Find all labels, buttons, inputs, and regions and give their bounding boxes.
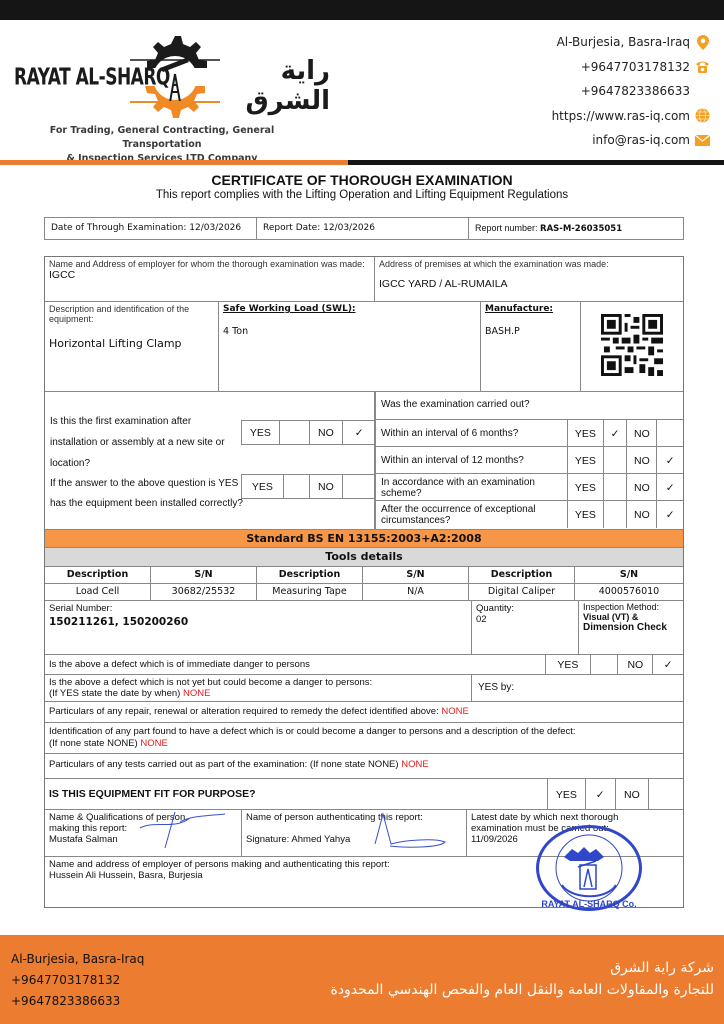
first-exam-yes-check[interactable] bbox=[280, 421, 310, 444]
yes-by-label: YES by: bbox=[478, 682, 514, 693]
repair-row: Particulars of any repair, renewal or al… bbox=[45, 702, 683, 723]
future-danger-value: NONE bbox=[183, 688, 210, 699]
installed-correctly-yes-check[interactable] bbox=[284, 475, 310, 498]
swl-label: Safe Working Load (SWL): bbox=[223, 304, 476, 314]
phone-icon bbox=[695, 59, 710, 74]
tools-data-cell: Digital Caliper bbox=[469, 584, 575, 601]
tools-data-cell: 30682/25532 bbox=[151, 584, 257, 601]
fit-for-purpose-question: IS THIS EQUIPMENT FIT FOR PURPOSE? bbox=[49, 788, 256, 800]
stamp-emblem-icon: RAYAT AL-SHARQ Co. bbox=[536, 825, 642, 911]
manufacture-value: BASH.P bbox=[485, 326, 576, 337]
contact-address: Al-Burjesia, Basra-Iraq bbox=[552, 30, 710, 55]
interval-yes[interactable]: YES bbox=[568, 447, 604, 474]
report-number-cell: Report number: RAS-M-26035051 bbox=[469, 218, 683, 239]
manufacture-label: Manufacture: bbox=[485, 304, 576, 314]
tools-data-cell: Load Cell bbox=[45, 584, 151, 601]
tools-header-cell: S/N bbox=[363, 567, 469, 584]
globe-icon bbox=[695, 108, 710, 123]
envelope-icon bbox=[695, 133, 710, 148]
quantity-value: 02 bbox=[476, 614, 574, 625]
future-danger-question: Is the above a defect which is not yet b… bbox=[49, 677, 467, 688]
standard-banner: Standard BS EN 13155:2003+A2:2008 bbox=[45, 529, 683, 548]
inspection-method-cell: Inspection Method: Visual (VT) & Dimensi… bbox=[579, 601, 683, 655]
tests-value: NONE bbox=[401, 759, 428, 770]
contact-phone-1: +9647703178132 bbox=[552, 55, 710, 80]
immediate-danger-yes[interactable]: YES bbox=[546, 655, 591, 675]
contact-list: Al-Burjesia, Basra-Iraq +9647703178132 +… bbox=[552, 30, 710, 153]
part-defect-question: Identification of any part found to have… bbox=[49, 726, 679, 738]
footer-phone-2[interactable]: +9647823386633 bbox=[11, 991, 144, 1012]
interval-no[interactable]: NO bbox=[627, 474, 657, 501]
top-black-bar bbox=[0, 0, 724, 20]
svg-text:RAYAT AL-SHARQ Co.: RAYAT AL-SHARQ Co. bbox=[541, 899, 636, 909]
equipment-label: Description and identification of the eq… bbox=[49, 304, 214, 324]
interval-yes-check[interactable] bbox=[604, 447, 628, 474]
divider-black bbox=[348, 160, 724, 165]
tools-header-cell: S/N bbox=[151, 567, 257, 584]
next-exam-label-1: Latest date by which next thorough bbox=[471, 812, 679, 823]
manufacture-cell: Manufacture: BASH.P bbox=[481, 302, 581, 392]
report-date-label: Report Date: bbox=[263, 223, 320, 233]
letterhead: RAYAT AL-SHARQ راية الشرق For Trading, G… bbox=[0, 20, 724, 162]
interval-answer-group: YESNO✓ bbox=[567, 474, 683, 501]
exam-date-value: 12/03/2026 bbox=[189, 223, 241, 233]
part-defect-hint: (If none state NONE) bbox=[49, 738, 138, 749]
company-logo: RAYAT AL-SHARQ راية الشرق bbox=[10, 26, 330, 126]
interval-yes-check[interactable] bbox=[604, 474, 628, 501]
tools-header-cell: Description bbox=[45, 567, 151, 584]
first-exam-no-check[interactable]: ✓ bbox=[343, 421, 375, 444]
immediate-danger-yes-check[interactable] bbox=[591, 655, 619, 675]
footer-phone-1[interactable]: +9647703178132 bbox=[11, 970, 144, 991]
certificate-title: CERTIFICATE OF THOROUGH EXAMINATION bbox=[0, 172, 724, 188]
examination-form: Name and Address of employer for whom th… bbox=[44, 256, 684, 908]
letterhead-footer: Al-Burjesia, Basra-Iraq +9647703178132 +… bbox=[0, 935, 724, 1024]
report-number-value: RAS-M-26035051 bbox=[540, 224, 622, 234]
report-number-label: Report number: bbox=[475, 223, 538, 233]
repair-value: NONE bbox=[441, 706, 468, 717]
tests-row: Particulars of any tests carried out as … bbox=[45, 754, 683, 779]
interval-row: In accordance with an examination scheme… bbox=[375, 474, 683, 501]
part-defect-value: NONE bbox=[140, 738, 167, 749]
interval-yes[interactable]: YES bbox=[568, 420, 604, 447]
footer-arabic-line-2: للتجارة والمقاولات العامة والنقل العام و… bbox=[330, 979, 714, 1001]
serial-number-cell: Serial Number: 150211261, 150200260 bbox=[45, 601, 472, 655]
immediate-danger-no[interactable]: NO bbox=[618, 655, 653, 675]
interval-yes[interactable]: YES bbox=[568, 474, 604, 501]
tools-header-cell: S/N bbox=[575, 567, 683, 584]
interval-no[interactable]: NO bbox=[627, 447, 657, 474]
tools-data-cell: Measuring Tape bbox=[257, 584, 363, 601]
footer-arabic-line-1: شركة راية الشرق bbox=[330, 957, 714, 979]
interval-answer-group: YES✓NO bbox=[567, 420, 683, 447]
tools-title: Tools details bbox=[45, 548, 683, 567]
yes-by-cell: YES by: bbox=[472, 675, 683, 702]
tools-header-cell: Description bbox=[257, 567, 363, 584]
installed-correctly-no-check[interactable] bbox=[343, 475, 375, 498]
report-info-row: Date of Through Examination: 12/03/2026 … bbox=[44, 217, 684, 240]
quantity-label: Quantity: bbox=[476, 603, 574, 614]
installed-correctly-yes[interactable]: YES bbox=[242, 475, 284, 498]
interval-question: After the occurrence of exceptional circ… bbox=[381, 501, 561, 528]
employer-label: Name and Address of employer for whom th… bbox=[49, 259, 370, 269]
divider-orange bbox=[0, 160, 348, 165]
interval-question: Within an interval of 6 months? bbox=[381, 420, 561, 447]
serial-number-label: Serial Number: bbox=[49, 603, 467, 614]
contact-phone-2: +9647823386633 bbox=[552, 79, 710, 104]
contact-phone-1-text[interactable]: +9647703178132 bbox=[581, 60, 690, 74]
interval-yes-check[interactable] bbox=[604, 501, 628, 528]
first-exam-yes[interactable]: YES bbox=[242, 421, 280, 444]
tools-header-cell: Description bbox=[469, 567, 575, 584]
future-danger-cell: Is the above a defect which is not yet b… bbox=[45, 675, 472, 702]
interval-no[interactable]: NO bbox=[627, 501, 657, 528]
installed-correctly-answer-group: YES NO bbox=[241, 474, 375, 499]
interval-row: After the occurrence of exceptional circ… bbox=[375, 501, 683, 528]
contact-phone-2-text[interactable]: +9647823386633 bbox=[581, 84, 690, 98]
exam-date-label: Date of Through Examination: bbox=[51, 223, 186, 233]
swl-value: 4 Ton bbox=[223, 326, 476, 337]
certificate-subtitle: This report complies with the Lifting Op… bbox=[0, 189, 724, 201]
interval-answer-group: YESNO✓ bbox=[567, 501, 683, 528]
premises-value: IGCC YARD / AL-RUMAILA bbox=[379, 278, 679, 290]
employer-cell: Name and Address of employer for whom th… bbox=[45, 257, 375, 302]
installed-correctly-no[interactable]: NO bbox=[310, 475, 344, 498]
interval-no-check[interactable]: ✓ bbox=[657, 501, 683, 528]
header-divider bbox=[0, 160, 724, 165]
logo-text-en: RAYAT AL-SHARQ bbox=[14, 64, 170, 91]
repair-question: Particulars of any repair, renewal or al… bbox=[49, 706, 439, 717]
interval-row: Within an interval of 12 months?YESNO✓ bbox=[375, 447, 683, 474]
footer-company-arabic: شركة راية الشرق للتجارة والمقاولات العام… bbox=[330, 957, 714, 1001]
interval-no-check[interactable]: ✓ bbox=[657, 474, 683, 501]
exam-date-cell: Date of Through Examination: 12/03/2026 bbox=[45, 218, 257, 239]
contact-website: https://www.ras-iq.com bbox=[552, 104, 710, 129]
contact-address-text: Al-Burjesia, Basra-Iraq bbox=[557, 35, 690, 49]
qr-code-icon[interactable] bbox=[601, 314, 663, 376]
tools-table: DescriptionS/NDescriptionS/NDescriptionS… bbox=[45, 567, 683, 601]
contact-website-text[interactable]: https://www.ras-iq.com bbox=[552, 109, 690, 123]
interval-answer-group: YESNO✓ bbox=[567, 447, 683, 474]
inspection-method-value-1: Visual (VT) & bbox=[583, 612, 679, 622]
serial-number-value: 150211261, 150200260 bbox=[49, 616, 467, 628]
premises-label: Address of premises at which the examina… bbox=[379, 259, 679, 269]
fit-no-check[interactable] bbox=[649, 779, 683, 810]
tools-data-cell: 4000576010 bbox=[575, 584, 683, 601]
employer-value: IGCC bbox=[49, 269, 370, 281]
interval-question: Within an interval of 12 months? bbox=[381, 447, 561, 474]
interval-no-check[interactable]: ✓ bbox=[657, 447, 683, 474]
maker-signature-scribble bbox=[135, 810, 235, 850]
future-danger-hint: (If YES state the date by when) bbox=[49, 688, 180, 699]
immediate-danger-answer-group: YES NO ✓ bbox=[545, 655, 683, 675]
interval-yes-check[interactable]: ✓ bbox=[604, 420, 628, 447]
carried-out-row bbox=[375, 392, 683, 420]
first-exam-question: Is this the first examination after inst… bbox=[50, 411, 240, 474]
footer-contacts: Al-Burjesia, Basra-Iraq +9647703178132 +… bbox=[11, 949, 144, 1012]
footer-address: Al-Burjesia, Basra-Iraq bbox=[11, 949, 144, 970]
inspection-method-value-2: Dimension Check bbox=[583, 622, 679, 633]
installed-correctly-question: If the answer to the above question is Y… bbox=[50, 474, 245, 514]
logo-text-ar: راية الشرق bbox=[200, 56, 330, 116]
tagline-line-1: For Trading, General Contracting, Genera… bbox=[12, 124, 312, 152]
fit-yes-check[interactable]: ✓ bbox=[586, 779, 616, 810]
report-date-value: 12/03/2026 bbox=[323, 223, 375, 233]
swl-cell: Safe Working Load (SWL): 4 Ton bbox=[219, 302, 481, 392]
location-pin-icon bbox=[695, 35, 710, 50]
tests-question: Particulars of any tests carried out as … bbox=[49, 759, 399, 770]
qr-code-cell bbox=[581, 302, 683, 392]
first-exam-answer-group: YES NO ✓ bbox=[241, 420, 375, 445]
inspection-method-label: Inspection Method: bbox=[583, 602, 679, 612]
fit-yes[interactable]: YES bbox=[548, 779, 586, 810]
interval-question: In accordance with an examination scheme… bbox=[381, 474, 561, 501]
interval-row: Within an interval of 6 months?YES✓NO bbox=[375, 420, 683, 447]
part-defect-row: Identification of any part found to have… bbox=[45, 723, 683, 754]
quantity-cell: Quantity: 02 bbox=[472, 601, 579, 655]
equipment-cell: Description and identification of the eq… bbox=[45, 302, 219, 392]
contact-email-text[interactable]: info@ras-iq.com bbox=[592, 133, 690, 147]
report-date-cell: Report Date: 12/03/2026 bbox=[257, 218, 469, 239]
equipment-value: Horizontal Lifting Clamp bbox=[49, 337, 214, 350]
tools-data-cell: N/A bbox=[363, 584, 469, 601]
immediate-danger-no-check[interactable]: ✓ bbox=[653, 655, 683, 675]
interval-no[interactable]: NO bbox=[627, 420, 657, 447]
interval-yes[interactable]: YES bbox=[568, 501, 604, 528]
auth-signature-scribble bbox=[345, 812, 455, 852]
fit-for-purpose-answer-group: YES ✓ NO bbox=[547, 779, 683, 810]
immediate-danger-question: Is the above a defect which is of immedi… bbox=[49, 659, 310, 670]
fit-no[interactable]: NO bbox=[616, 779, 650, 810]
contact-email: info@ras-iq.com bbox=[552, 128, 710, 153]
premises-cell: Address of premises at which the examina… bbox=[375, 257, 683, 302]
first-exam-no[interactable]: NO bbox=[310, 421, 344, 444]
interval-no-check[interactable] bbox=[657, 420, 683, 447]
